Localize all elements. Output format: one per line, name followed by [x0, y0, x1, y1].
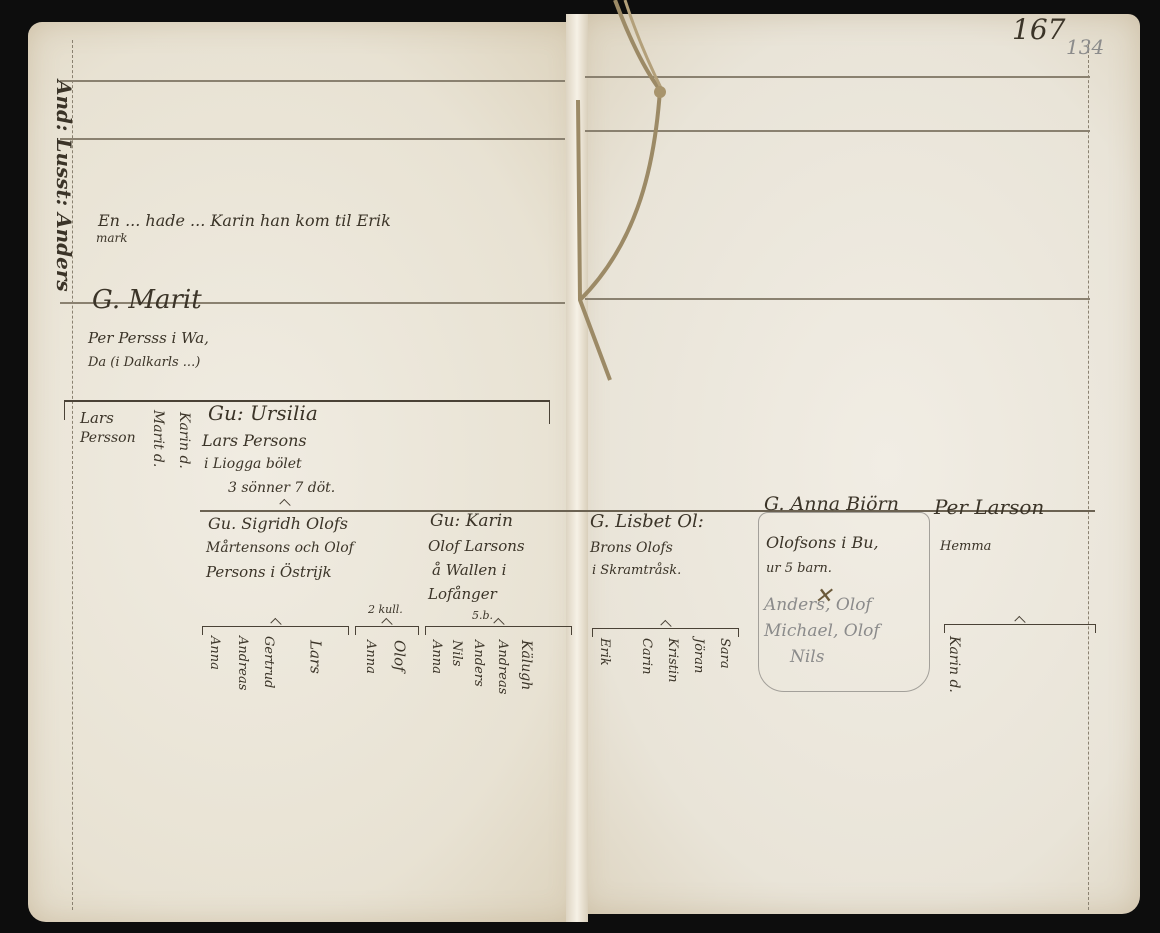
note-line: En ... hade ... Karin han kom til Erik [98, 212, 391, 230]
family-line: Per Larson [934, 496, 1044, 519]
grandchild-name: Anna [428, 640, 443, 674]
rule-line [60, 138, 565, 140]
spouse-detail: i Liogga bölet [204, 456, 302, 472]
grandchild-name: Anna [206, 636, 221, 670]
grandchild-name: Kälugh [518, 640, 534, 690]
subfamily-line: Olof Larsons [428, 538, 525, 555]
child-name: Carin [638, 638, 653, 674]
rule-line [60, 80, 565, 82]
wife-detail: Da (i Dalkarls ...) [88, 356, 200, 371]
subfamily-line: Lofånger [428, 586, 497, 603]
child-name: Karin d. [946, 636, 962, 693]
child-name: Lars [80, 410, 114, 427]
grandchild-name: Andreas [494, 640, 509, 694]
children-brace [425, 626, 572, 635]
grandchild-name: Anna [362, 640, 377, 674]
spouse-detail: 3 sönner 7 döt. [228, 480, 335, 496]
folio-number-ink: 167 [1012, 14, 1065, 46]
cross-mark: ✕ [814, 584, 832, 609]
spouse-name: Gu: Ursilia [208, 402, 318, 425]
subfamily-line: Mårtensons och Olof [206, 540, 354, 556]
family-line: Olofsons i Bu, [766, 534, 879, 552]
child-name: Kristin [664, 638, 679, 683]
children-brace [202, 626, 349, 635]
margin-heading: And: Lusst: Anders [52, 80, 75, 292]
child-name: Erik [596, 638, 611, 666]
pencil-note: Nils [790, 648, 824, 668]
subfamily-line: Gu: Karin [430, 512, 513, 532]
grandchild-name: Lars [306, 640, 323, 674]
family-line: G. Anna Biörn [764, 494, 899, 516]
child-name: Sara [716, 638, 731, 669]
child-name: Jöran [690, 638, 705, 673]
child-name: Persson [80, 430, 136, 446]
family-line: Hemma [940, 540, 991, 555]
family-bracket [64, 400, 66, 420]
child-name: Marit d. [150, 410, 166, 467]
grandchild-name: Nils [448, 640, 463, 666]
children-brace [355, 626, 419, 635]
family-line: ur 5 barn. [766, 562, 832, 577]
subfamily-line: Persons i Östrijk [206, 564, 332, 581]
wife-name: G. Marit [92, 286, 202, 316]
family-line: G. Lisbet Ol: [590, 512, 704, 533]
subfamily-line: å Wallen i [432, 562, 506, 579]
children-brace [944, 624, 1096, 633]
family-line: Brons Olofs [590, 540, 673, 556]
grandchild-name: Olof [390, 640, 407, 672]
wife-detail: Per Persss i Wa, [88, 330, 209, 347]
grandchild-name: Gertrud [260, 636, 275, 688]
pencil-note: Michael, Olof [764, 622, 880, 642]
grandchild-name: Andreas [234, 636, 249, 690]
family-bracket [549, 400, 551, 424]
note-line: mark [96, 232, 128, 246]
spouse-detail: Lars Persons [202, 432, 307, 450]
family-line: i Skramtråsk. [592, 564, 681, 579]
subfamily-note: 5.b. [472, 610, 493, 623]
subfamily-line: Gu. Sigridh Olofs [208, 515, 348, 533]
folio-number-pencil: 134 [1066, 36, 1104, 59]
children-brace [592, 628, 739, 637]
binding-string [560, 0, 680, 390]
child-name: Karin d. [176, 412, 192, 469]
grandchild-name: Anders [470, 640, 485, 687]
margin-line [1088, 40, 1090, 910]
subfamily-note: 2 kull. [368, 604, 403, 617]
left-page [28, 22, 580, 922]
